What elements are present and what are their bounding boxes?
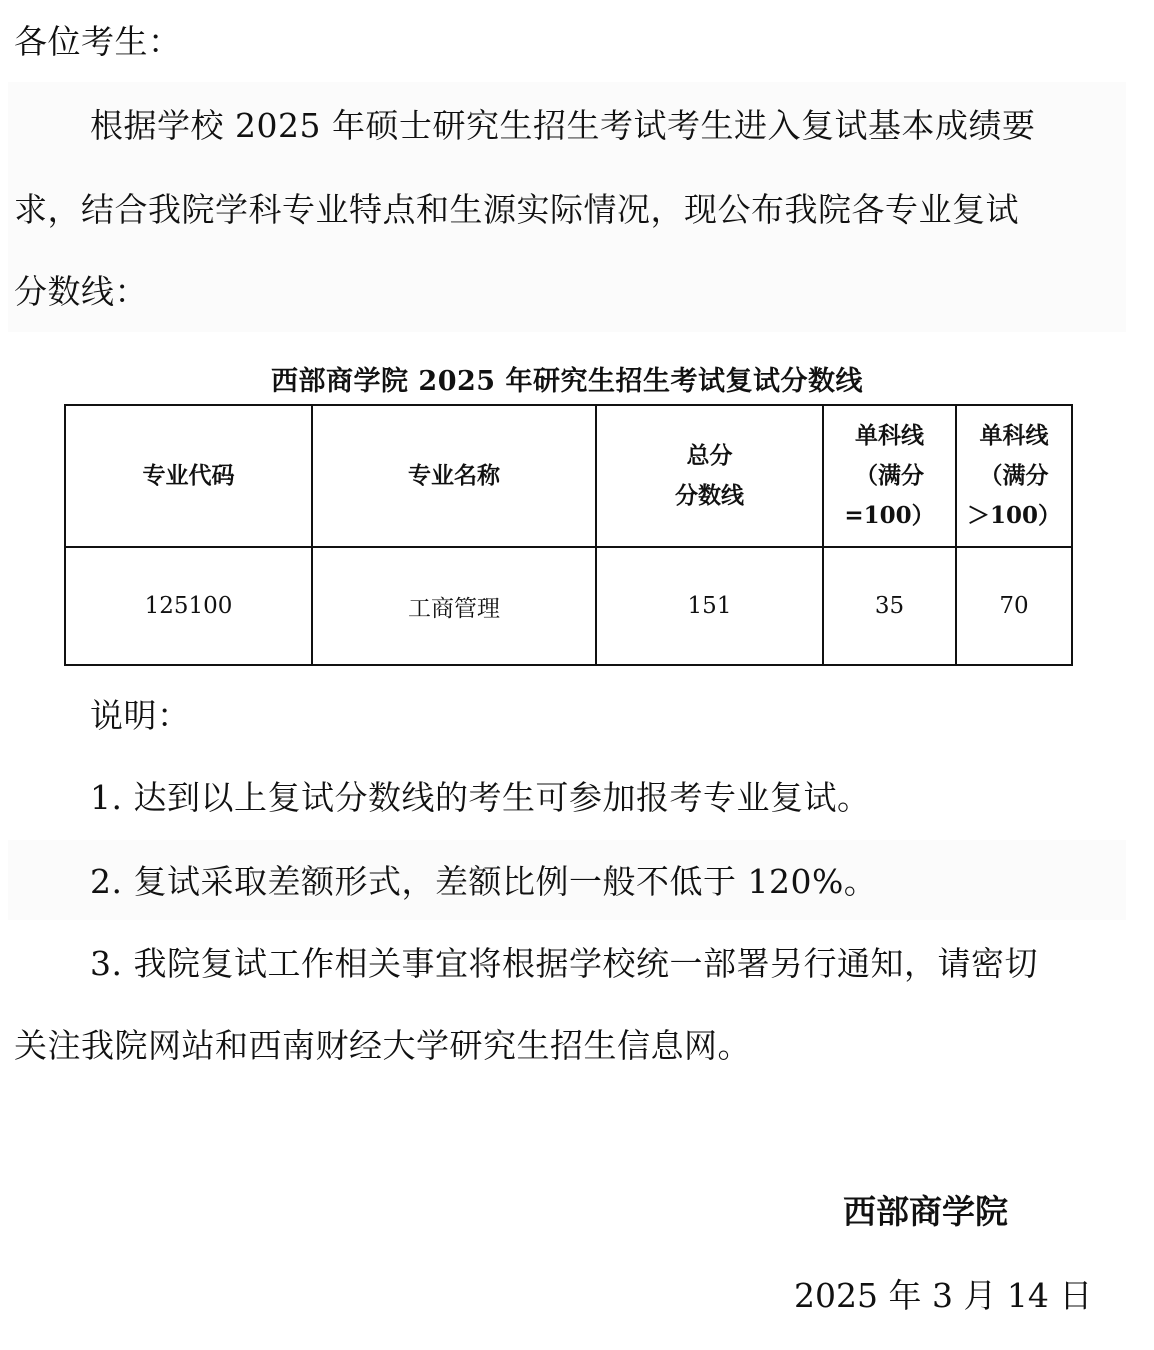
signature-organization: 西部商学院 bbox=[843, 1192, 1008, 1232]
signature-date: 2025 年 3 月 14 日 bbox=[794, 1276, 1092, 1316]
header-line: 分数线 bbox=[597, 476, 822, 516]
note-1: 1. 达到以上复试分数线的考生可参加报考专业复试。 bbox=[90, 778, 870, 818]
cell-major-code: 125100 bbox=[65, 547, 312, 665]
header-major-code: 专业代码 bbox=[65, 405, 312, 547]
note-3: 3. 我院复试工作相关事宜将根据学校统一部署另行通知，请密切 bbox=[90, 944, 1038, 984]
table-title: 西部商学院 2025 年研究生招生考试复试分数线 bbox=[64, 364, 1070, 400]
header-line: 专业名称 bbox=[313, 456, 595, 496]
note-3-continuation: 关注我院网站和西南财经大学研究生招生信息网。 bbox=[14, 1026, 751, 1066]
header-major-name: 专业名称 bbox=[312, 405, 596, 547]
header-line: ＞100） bbox=[957, 496, 1071, 536]
table-header-row: 专业代码 专业名称 总分 分数线 单科线 （满分 =100） 单科线 （满分 ＞… bbox=[65, 405, 1072, 547]
table-row: 125100 工商管理 151 35 70 bbox=[65, 547, 1072, 665]
header-line: （满分 bbox=[957, 456, 1071, 496]
header-line: =100） bbox=[824, 496, 955, 536]
note-2: 2. 复试采取差额形式，差额比例一般不低于 120%。 bbox=[90, 862, 877, 902]
cell-single-subject-over-100: 70 bbox=[956, 547, 1072, 665]
header-line: 专业代码 bbox=[66, 456, 311, 496]
header-line: 单科线 bbox=[957, 416, 1071, 456]
cell-single-subject-100: 35 bbox=[823, 547, 956, 665]
cell-major-name: 工商管理 bbox=[312, 547, 596, 665]
header-total-score-line: 总分 分数线 bbox=[596, 405, 823, 547]
cell-total-score-line: 151 bbox=[596, 547, 823, 665]
header-line: 总分 bbox=[597, 436, 822, 476]
score-table: 专业代码 专业名称 总分 分数线 单科线 （满分 =100） 单科线 （满分 ＞… bbox=[64, 404, 1073, 666]
header-line: （满分 bbox=[824, 456, 955, 496]
header-single-subject-100: 单科线 （满分 =100） bbox=[823, 405, 956, 547]
intro-line-3: 分数线： bbox=[14, 272, 148, 312]
notes-title: 说明： bbox=[90, 696, 191, 736]
intro-line-1: 根据学校 2025 年硕士研究生招生考试考生进入复试基本成绩要 bbox=[90, 106, 1035, 146]
header-single-subject-over-100: 单科线 （满分 ＞100） bbox=[956, 405, 1072, 547]
header-line: 单科线 bbox=[824, 416, 955, 456]
intro-line-2: 求，结合我院学科专业特点和生源实际情况，现公布我院各专业复试 bbox=[14, 190, 1019, 230]
salutation: 各位考生： bbox=[14, 22, 182, 62]
